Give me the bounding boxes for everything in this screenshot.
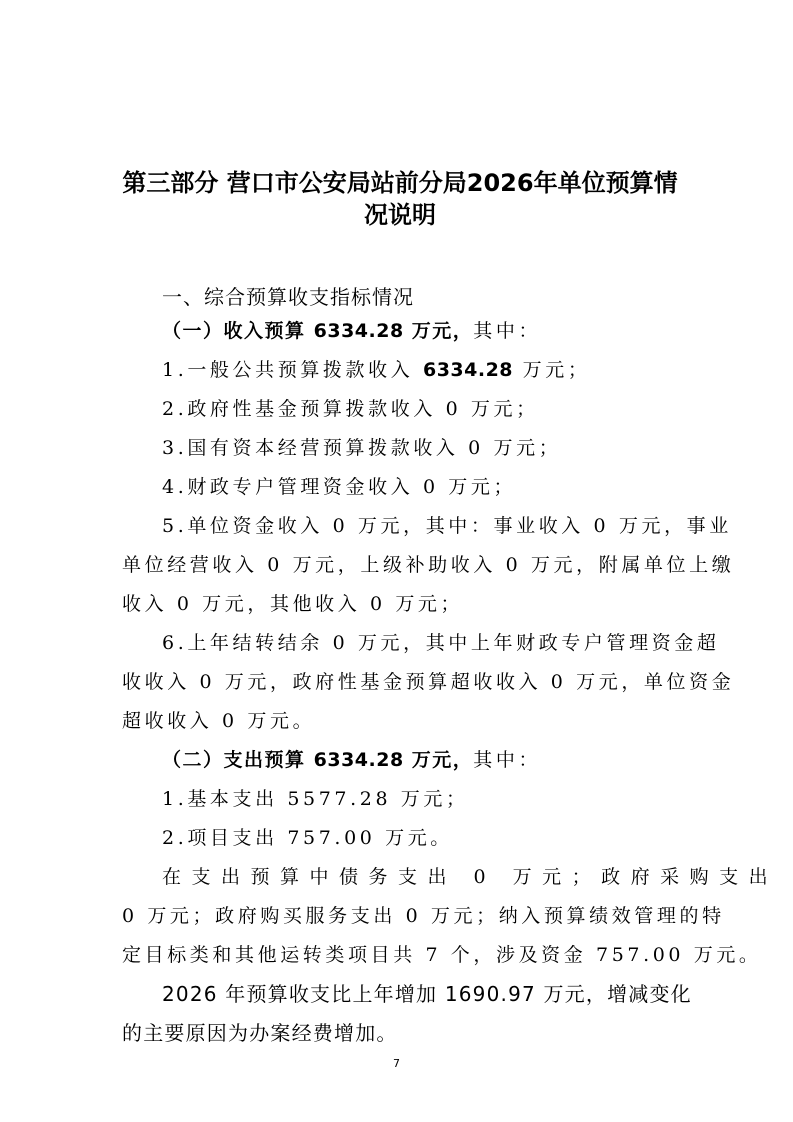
expenditure-heading-amount: 6334.28 — [314, 749, 404, 771]
income-item-6-line1: 6.上年结转结余 0 万元，其中上年财政专户管理资金超 — [162, 629, 732, 657]
expenditure-note-line2: 0 万元；政府购买服务支出 0 万元；纳入预算绩效管理的特 — [122, 902, 692, 930]
expenditure-heading-label: （二）支出预算 — [162, 749, 314, 771]
page-title-line2: 况说明 — [110, 196, 690, 234]
income-heading-label: （一）收入预算 — [162, 320, 314, 342]
summary-line2: 的主要原因为办案经费增加。 — [122, 1019, 692, 1047]
summary-line1: 2026 年预算收支比上年增加 1690.97 万元，增减变化 — [162, 980, 732, 1008]
section-heading: 一、综合预算收支指标情况 — [162, 283, 732, 311]
income-heading-suffix: 其中： — [473, 320, 541, 342]
income-item-6-line2: 收收入 0 万元，政府性基金预算超收收入 0 万元，单位资金 — [122, 668, 692, 696]
page-number: 7 — [0, 1057, 793, 1070]
income-heading-amount: 6334.28 — [314, 320, 404, 342]
income-item-2: 2.政府性基金预算拨款收入 0 万元； — [162, 395, 732, 423]
income-item-1-unit: 万元； — [513, 359, 590, 381]
income-heading: （一）收入预算 6334.28 万元，其中： — [162, 317, 732, 345]
expenditure-item-1: 1.基本支出 5577.28 万元； — [162, 785, 732, 813]
expenditure-heading: （二）支出预算 6334.28 万元，其中： — [162, 746, 732, 774]
income-item-3: 3.国有资本经营预算拨款收入 0 万元； — [162, 434, 732, 462]
expenditure-note-line3: 定目标类和其他运转类项目共 7 个，涉及资金 757.00 万元。 — [122, 941, 692, 969]
income-item-5-line2: 单位经营收入 0 万元，上级补助收入 0 万元，附属单位上缴 — [122, 551, 692, 579]
income-item-1: 1.一般公共预算拨款收入 6334.28 万元； — [162, 356, 732, 384]
income-heading-unit: 万元， — [404, 320, 474, 342]
expenditure-item-2: 2.项目支出 757.00 万元。 — [162, 824, 732, 852]
income-item-5-line1: 5.单位资金收入 0 万元，其中：事业收入 0 万元，事业 — [162, 512, 732, 540]
income-item-4: 4.财政专户管理资金收入 0 万元； — [162, 473, 732, 501]
income-item-1-amount: 6334.28 — [423, 359, 513, 381]
expenditure-heading-suffix: 其中： — [473, 749, 541, 771]
expenditure-heading-unit: 万元， — [404, 749, 474, 771]
income-item-6-line3: 超收收入 0 万元。 — [122, 707, 692, 735]
income-item-5-line3: 收入 0 万元，其他收入 0 万元； — [122, 590, 692, 618]
income-item-1-label: 1.一般公共预算拨款收入 — [162, 359, 423, 381]
expenditure-note-line1: 在支出预算中债务支出 0 万元；政府采购支出 — [162, 863, 732, 891]
document-page: 第三部分 营口市公安局站前分局2026年单位预算情 况说明 一、综合预算收支指标… — [0, 0, 793, 1122]
